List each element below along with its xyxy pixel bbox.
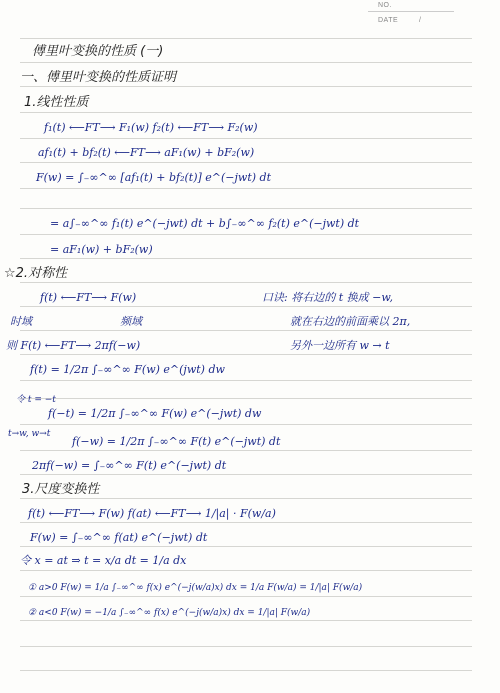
equation: ① a>0 F(w) = 1/a ∫₋∞^∞ f(x) e^(−j(w/a)x)… xyxy=(28,580,362,596)
page-title: 傅里叶变换的性质 (一) xyxy=(32,44,163,60)
mnemonic-note: 另外一边所有 w → t xyxy=(290,338,390,354)
equation: 则 F(t) ⟵FT⟶ 2πf(−w) xyxy=(6,338,140,354)
equation: f(t) ⟵FT⟶ F(w) f(at) ⟵FT⟶ 1/|a| · F(w/a) xyxy=(28,506,276,522)
rule-line xyxy=(20,282,472,283)
equation: af₁(t) + bf₂(t) ⟵FT⟶ aF₁(w) + bF₂(w) xyxy=(38,145,254,161)
rule-line xyxy=(20,112,472,113)
subsection-linearity: 1.线性性质 xyxy=(24,95,88,111)
equation: F(w) = ∫₋∞^∞ [af₁(t) + bf₂(t)] e^(−jwt) … xyxy=(36,170,271,186)
section-heading: 一、傅里叶变换的性质证明 xyxy=(20,70,176,86)
date-label: DATE xyxy=(378,17,398,24)
rule-line xyxy=(20,188,472,189)
equation: f(−w) = 1/2π ∫₋∞^∞ F(t) e^(−jwt) dt xyxy=(72,434,280,450)
no-label: NO. xyxy=(378,2,392,9)
subsection-symmetry: ☆2.对称性 xyxy=(4,266,67,282)
rule-line xyxy=(20,306,472,307)
equation: = a∫₋∞^∞ f₁(t) e^(−jwt) dt + b∫₋∞^∞ f₂(t… xyxy=(50,216,359,232)
mnemonic-note: 口诀: 将右边的 t 换成 −w, xyxy=(262,290,393,306)
equation: 2πf(−w) = ∫₋∞^∞ F(t) e^(−jwt) dt xyxy=(32,458,226,474)
rule-line xyxy=(20,450,472,451)
equation: f₁(t) ⟵FT⟶ F₁(w) f₂(t) ⟵FT⟶ F₂(w) xyxy=(44,120,258,136)
rule-line xyxy=(20,522,472,523)
equation: ② a<0 F(w) = −1/a ∫₋∞^∞ f(x) e^(−j(w/a)x… xyxy=(28,605,310,621)
time-domain-label: 时域 xyxy=(10,314,32,330)
rule-line xyxy=(20,670,472,671)
rule-line xyxy=(20,38,472,39)
rule-line xyxy=(20,138,472,139)
rule-line xyxy=(20,398,472,399)
equation: f(t) = 1/2π ∫₋∞^∞ F(w) e^(jwt) dw xyxy=(30,362,225,378)
mnemonic-note: 就在右边的前面乘以 2π, xyxy=(290,314,410,330)
header-divider xyxy=(368,11,454,12)
freq-domain-label: 频域 xyxy=(120,314,142,330)
equation: = aF₁(w) + bF₂(w) xyxy=(50,242,153,258)
rule-line xyxy=(20,330,472,331)
rule-line xyxy=(20,546,472,547)
rule-line xyxy=(20,570,472,571)
rule-line xyxy=(20,208,472,209)
equation: f(−t) = 1/2π ∫₋∞^∞ F(w) e^(−jwt) dw xyxy=(48,406,261,422)
date-separator: / xyxy=(419,17,421,24)
subsection-scaling: 3.尺度变换性 xyxy=(22,482,99,498)
rule-line xyxy=(20,474,472,475)
rule-line xyxy=(20,354,472,355)
rule-line xyxy=(20,62,472,63)
substitution-note: t→w, w→t xyxy=(8,426,50,442)
rule-line xyxy=(20,646,472,647)
rule-line xyxy=(20,380,472,381)
rule-line xyxy=(20,162,472,163)
rule-line xyxy=(20,498,472,499)
equation: f(t) ⟵FT⟶ F(w) xyxy=(40,290,136,306)
rule-line xyxy=(20,234,472,235)
rule-line xyxy=(20,86,472,87)
rule-line xyxy=(20,596,472,597)
rule-line xyxy=(20,258,472,259)
equation: F(w) = ∫₋∞^∞ f(at) e^(−jwt) dt xyxy=(30,530,207,546)
rule-line xyxy=(20,424,472,425)
equation: 令 x = at ⇒ t = x/a dt = 1/a dx xyxy=(20,553,186,569)
